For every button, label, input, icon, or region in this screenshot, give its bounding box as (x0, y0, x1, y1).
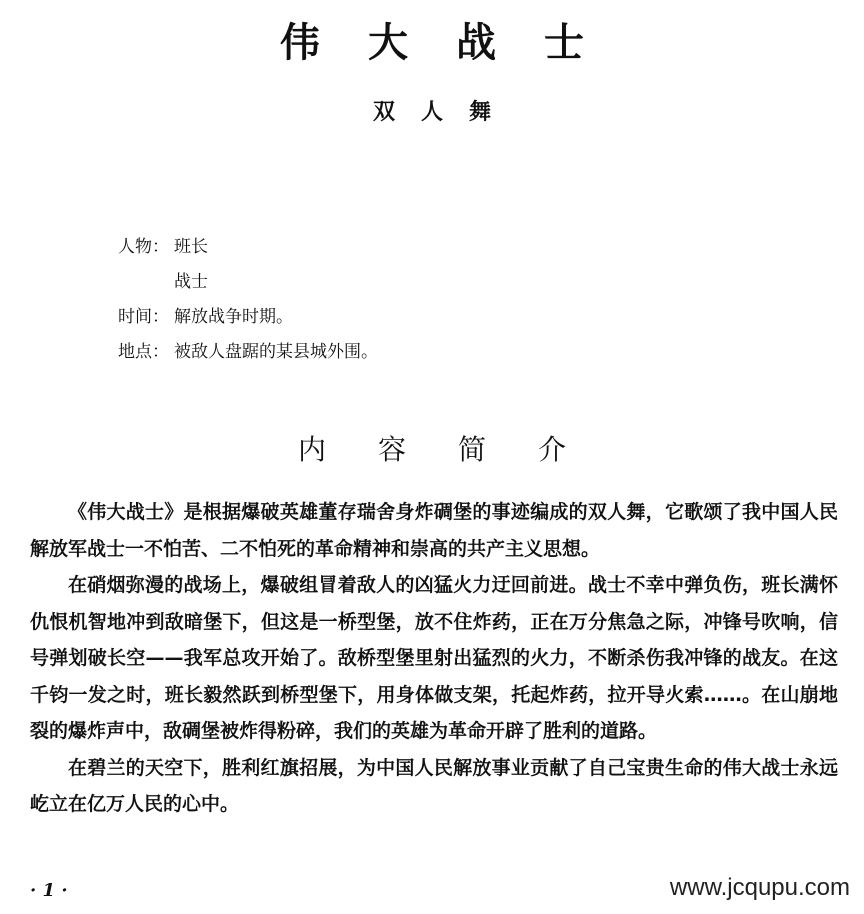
watermark-url: www.jcqupu.com (670, 874, 850, 902)
role-item: 战士 (174, 265, 208, 300)
synopsis-heading: 内容简介 (0, 430, 864, 470)
time-label: 时间： (118, 300, 174, 335)
synopsis-paragraph: 在碧兰的天空下，胜利红旗招展，为中国人民解放事业贡献了自己宝贵生命的伟大战士永远… (30, 750, 838, 823)
page-number: · 1 · (30, 880, 68, 901)
synopsis-paragraph: 《伟大战士》是根据爆破英雄董存瑞舍身炸碉堡的事迹编成的双人舞，它歌颂了我中国人民… (30, 494, 838, 567)
roles-row-2: 战士 (118, 265, 378, 300)
synopsis-body: 《伟大战士》是根据爆破英雄董存瑞舍身炸碉堡的事迹编成的双人舞，它歌颂了我中国人民… (30, 494, 838, 823)
roles-label-spacer (118, 265, 174, 300)
roles-row: 人物： 班长 (118, 230, 378, 265)
role-item: 班长 (174, 230, 208, 265)
synopsis-paragraph: 在硝烟弥漫的战场上，爆破组冒着敌人的凶猛火力迂回前进。战士不幸中弹负伤，班长满怀… (30, 567, 838, 750)
roles-label: 人物： (118, 230, 174, 265)
place-value: 被敌人盘踞的某县城外围。 (174, 335, 378, 370)
time-value: 解放战争时期。 (174, 300, 293, 335)
cast-info: 人物： 班长 战士 时间： 解放战争时期。 地点： 被敌人盘踞的某县城外围。 (118, 230, 378, 370)
page-title: 伟大战士 (0, 18, 864, 68)
time-row: 时间： 解放战争时期。 (118, 300, 378, 335)
place-label: 地点： (118, 335, 174, 370)
page-subtitle: 双人舞 (0, 98, 864, 128)
place-row: 地点： 被敌人盘踞的某县城外围。 (118, 335, 378, 370)
